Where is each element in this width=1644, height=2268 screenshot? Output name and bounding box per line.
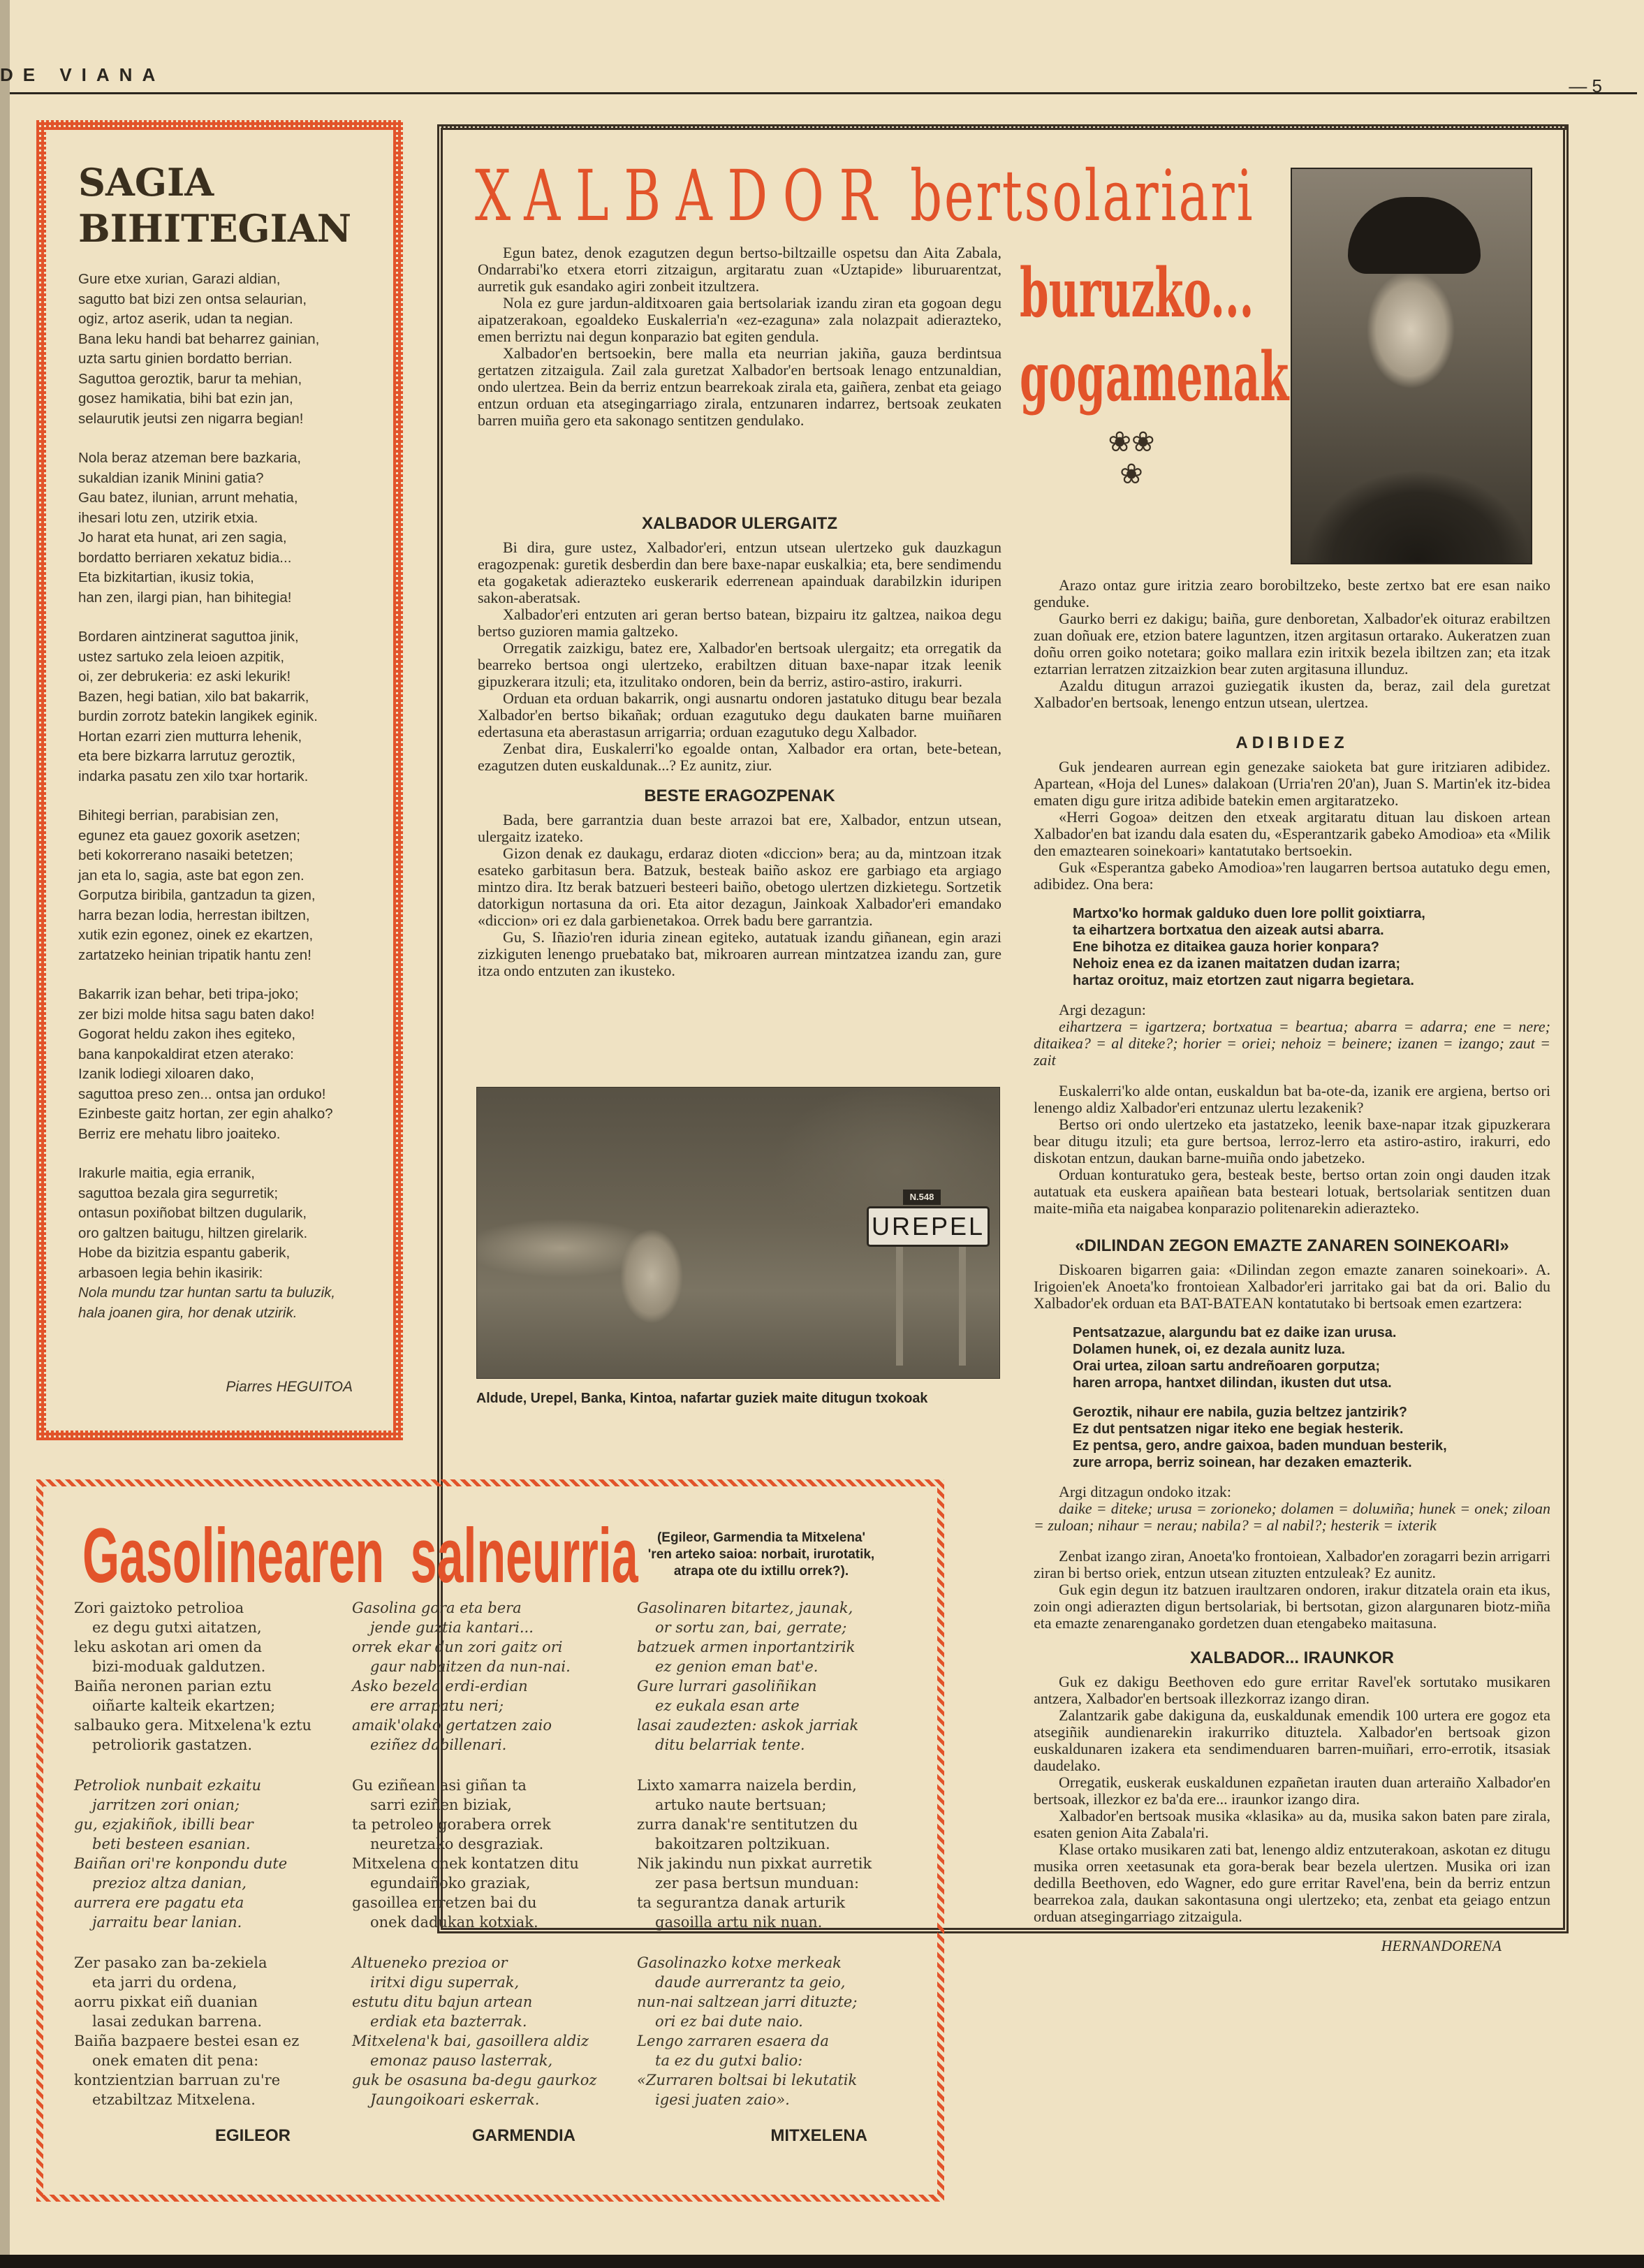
verse-line: bizi-moduak galdutzen. — [74, 1657, 339, 1676]
gasolina-column-egileor: Zori gaiztoko petrolioaez degu gutxi ait… — [74, 1598, 339, 2146]
gloss: eihartzera = igartzera; bortxatua = bear… — [1034, 1018, 1550, 1069]
poem-author: EGILEOR — [74, 2126, 339, 2146]
paragraph: Guk ez dakigu Beethoven edo gure erritar… — [1034, 1674, 1550, 1707]
verse-line: kontzientzian barruan zu're — [74, 2070, 339, 2090]
verse-line: aurrera ere pagatu eta — [74, 1893, 339, 1912]
verse-line: Nik jakindu nun pixkat aurretik — [637, 1854, 916, 1873]
header-rule — [10, 92, 1637, 94]
paragraph: Azaldu ditugun arrazoi guziegatik ikuste… — [1034, 678, 1550, 711]
verse-line: jarraitu bear lanian. — [74, 1912, 339, 1932]
stanza: Gu eziñean asi giñan tasarri eziñen bizi… — [352, 1776, 624, 1932]
section-heading: ADIBIDEZ — [1034, 735, 1550, 752]
paragraph: Diskoaren bigarren gaia: «Dilindan zegon… — [1034, 1261, 1550, 1312]
paragraph: Gaurko berri ez dakigu; baiña, gure denb… — [1034, 610, 1550, 678]
gloss-intro: Argi ditzagun ondoko itzak: — [1034, 1484, 1550, 1500]
paragraph: Guk jendearen aurrean egin genezake saio… — [1034, 759, 1550, 809]
paragraph: Orduan konturatuko gera, besteak beste, … — [1034, 1166, 1550, 1217]
verse-line: Gu eziñean asi giñan ta — [352, 1776, 624, 1795]
verse-line: lasai zedukan barrena. — [74, 2012, 339, 2031]
sagia-title-line1: SAGIA — [78, 159, 351, 205]
verse-line: Altueneko prezioa or — [352, 1953, 624, 1973]
verse-line: iritxi digu superrak, — [352, 1973, 624, 1992]
verse-line: gasoillea erretzen bai du — [352, 1893, 624, 1912]
gasolina-note: (Egileor, Garmendia ta Mitxelena' 'ren a… — [622, 1530, 901, 1580]
verse-line: Gasolinazko kotxe merkeak — [637, 1953, 916, 1973]
sign-post — [896, 1247, 903, 1366]
quoted-verse: Geroztik, nihaur ere nabila, guzia beltz… — [1073, 1404, 1550, 1471]
verse-line: Zer pasako zan ba-zekiela — [74, 1953, 339, 1973]
verse-line: Lixto xamarra naizela berdin, — [637, 1776, 916, 1795]
verse-line: oiñarte kalteik ekartzen; — [74, 1696, 339, 1715]
verse-line: petroliorik gastatzen. — [74, 1735, 339, 1755]
subheadline-line1: buruzko... — [1020, 251, 1289, 335]
headline-caps: XALBADOR — [475, 155, 892, 237]
sagia-poem-box: SAGIA BIHITEGIAN Gure etxe xurian, Garaz… — [36, 120, 403, 1440]
verse-line: ta ez du gutxi balio: — [637, 2051, 916, 2070]
paragraph: Nola ez gure jardun-alditxoaren gaia ber… — [478, 295, 1001, 345]
verse-line: gu, ezjakiñok, ibilli bear — [74, 1815, 339, 1834]
paragraph: Bada, bere garrantzia duan beste arrazoi… — [478, 812, 1001, 845]
verse-line: gaur nabaitzen da nun-nai. — [352, 1657, 624, 1676]
paragraph: Orduan eta orduan bakarrik, ongi ausnart… — [478, 690, 1001, 740]
stanza: Gure etxe xurian, Garazi aldian, sagutto… — [78, 270, 386, 429]
verse-line: estutu ditu bajun artean — [352, 1992, 624, 2012]
verse-line: ori ez bai dute naio. — [637, 2012, 916, 2031]
paragraph: Zenbat izango ziran, Anoeta'ko frontoiea… — [1034, 1548, 1550, 1581]
flower-ornament-icon: ❀❀ ❀ — [1100, 426, 1163, 490]
verse-line: lasai zaudezten: askok jarriak — [637, 1715, 916, 1735]
headline-rest: bertsolariari — [910, 155, 1255, 237]
stanza: Nola beraz atzeman bere bazkaria, sukald… — [78, 448, 386, 608]
verse-line: egundaiñoko graziak, — [352, 1873, 624, 1893]
paragraph: Klase ortako musikaren zati bat, lenengo… — [1034, 1841, 1550, 1925]
photo-caption: Aldude, Urepel, Banka, Kintoa, nafartar … — [476, 1390, 979, 1407]
verse-line: ez genion eman bat'e. — [637, 1657, 916, 1676]
verse-line: Gure lurrari gasoliñikan — [637, 1676, 916, 1696]
paragraph: Xalbador'en bertsoekin, bere malla eta n… — [478, 345, 1001, 429]
verse-line: Baiña bazpaere bestei esan ez — [74, 2031, 339, 2051]
stanza: Petroliok nunbait ezkaitujarritzen zori … — [74, 1776, 339, 1932]
stanza: Zori gaiztoko petrolioaez degu gutxi ait… — [74, 1598, 339, 1755]
stanza: Gasolinazko kotxe merkeakdaude aurrerant… — [637, 1953, 916, 2109]
paragraph: Xalbador'en bertsoak musika «klasika» au… — [1034, 1808, 1550, 1841]
poem-author: GARMENDIA — [352, 2126, 624, 2146]
sagia-author: Piarres HEGUITOA — [226, 1379, 353, 1396]
verse-line: eziñez dabillenari. — [352, 1735, 624, 1755]
stanza-closing: Nola mundu tzar huntan sartu ta buluzik,… — [78, 1283, 386, 1323]
running-head: DE VIANA — [0, 64, 165, 86]
paragraph: Guk egin degun itz batzuen iraultzaren o… — [1034, 1581, 1550, 1632]
verse-line: ditu belarriak tente. — [637, 1735, 916, 1755]
paragraph: Arazo ontaz gure iritzia zearo borobiltz… — [1034, 577, 1550, 610]
paragraph: Bertso ori ondo ulertzeko eta jastatzeko… — [1034, 1116, 1550, 1166]
gasolina-column-garmendia: Gasolina gora eta berajende guztia kanta… — [352, 1598, 624, 2146]
gloss-intro: Argi dezagun: — [1034, 1002, 1550, 1018]
verse-line: zer pasa bertsun munduan: — [637, 1873, 916, 1893]
verse-line: emonaz pauso lasterrak, — [352, 2051, 624, 2070]
verse-line: onek ematen dit pena: — [74, 2051, 339, 2070]
verse-line: guk be osasuna ba-degu gaurkoz — [352, 2070, 624, 2090]
verse-line: Petroliok nunbait ezkaitu — [74, 1776, 339, 1795]
xalbador-headline: XALBADOR bertsolariari — [475, 158, 1255, 235]
stanza: Irakurle maitia, egia erranik, saguttoa … — [78, 1164, 386, 1283]
poem-author: MITXELENA — [637, 2126, 916, 2146]
verse-line: neuretzako desgraziak. — [352, 1834, 624, 1854]
section-heading: «DILINDAN ZEGON EMAZTE ZANAREN SOINEKOAR… — [1034, 1238, 1550, 1254]
verse-line: or sortu zan, bai, gerrate; — [637, 1618, 916, 1637]
verse-line: aorru pixkat eiñ duanian — [74, 1992, 339, 2012]
verse-line: Baiña neronen parian eztu — [74, 1676, 339, 1696]
verse-line: nun-nai saltzean jarri dituzte; — [637, 1992, 916, 2012]
verse-line: bakoitzaren poltzikuan. — [637, 1834, 916, 1854]
verse-line: igesi juaten zaio». — [637, 2090, 916, 2109]
article-intro: Egun batez, denok ezagutzen degun bertso… — [478, 244, 1001, 429]
verse-line: Zori gaiztoko petrolioa — [74, 1598, 339, 1618]
verse-line: salbauko gera. Mitxelena'k eztu — [74, 1715, 339, 1735]
stanza: Bordaren aintzinerat saguttoa jinik, ust… — [78, 627, 386, 787]
quoted-verse: Pentsatzazue, alargundu bat ez daike iza… — [1073, 1324, 1550, 1391]
verse-line: ta segurantza danak arturik — [637, 1893, 916, 1912]
verse-line: leku askotan ari omen da — [74, 1637, 339, 1657]
paragraph: Orregatik, euskerak euskaldunen ezpañeta… — [1034, 1774, 1550, 1808]
verse-line: jende guztia kantari... — [352, 1618, 624, 1637]
verse-line: ta petroleo gorabera orrek — [352, 1815, 624, 1834]
gasolina-column-mitxelena: Gasolinaren bitartez, jaunak,or sortu za… — [637, 1598, 916, 2146]
verse-line: zurra danak're sentitutzen du — [637, 1815, 916, 1834]
paragraph: Zalantzarik gabe dakiguna da, euskalduna… — [1034, 1707, 1550, 1774]
quoted-verse: Martxo'ko hormak galduko duen lore polli… — [1073, 905, 1550, 989]
sagia-title-line2: BIHITEGIAN — [78, 205, 351, 251]
town-sign: UREPEL — [867, 1206, 990, 1247]
verse-line: Asko bezela erdi-erdian — [352, 1676, 624, 1696]
sagia-poem-body: Gure etxe xurian, Garazi aldian, sagutto… — [78, 270, 386, 1342]
verse-line: erdiak eta bazterrak. — [352, 2012, 624, 2031]
verse-line: gasoilla artu nik nuan. — [637, 1912, 916, 1932]
stanza: Lixto xamarra naizela berdin,artuko naut… — [637, 1776, 916, 1932]
verse-line: Mitxelena onek kontatzen ditu — [352, 1854, 624, 1873]
verse-line: daude aurrerantz ta geio, — [637, 1973, 916, 1992]
verse-line: Mitxelena'k bai, gasoillera aldiz — [352, 2031, 624, 2051]
paragraph: Xalbador'eri entzuten ari geran bertso b… — [478, 606, 1001, 640]
road-number-tag: N.548 — [903, 1190, 941, 1205]
xalbador-portrait-photo — [1291, 168, 1532, 564]
sagia-title: SAGIA BIHITEGIAN — [78, 159, 351, 251]
stanza: Bihitegi berrian, parabisian zen, egunez… — [78, 806, 386, 965]
verse-line: batzuek armen inportantzirik — [637, 1637, 916, 1657]
paragraph: Gizon denak ez daukagu, erdaraz dioten «… — [478, 845, 1001, 929]
scan-bottom-edge — [0, 2255, 1644, 2268]
section-heading: BESTE ERAGOZPENAK — [478, 788, 1001, 805]
subheadline-line2: gogamenak — [1020, 335, 1289, 419]
verse-line: Gasolina gora eta bera — [352, 1598, 624, 1618]
verse-line: ez degu gutxi aitatzen, — [74, 1618, 339, 1637]
verse-line: Lengo zarraren esaera da — [637, 2031, 916, 2051]
article-column-right: Arazo ontaz gure iritzia zearo borobiltz… — [1034, 577, 1550, 1954]
sign-post — [959, 1247, 966, 1366]
paragraph: Bi dira, gure ustez, Xalbador'eri, entzu… — [478, 539, 1001, 606]
article-author: HERNANDORENA — [1034, 1938, 1550, 1954]
verse-line: etzabiltzaz Mitxelena. — [74, 2090, 339, 2109]
verse-line: Gasolinaren bitartez, jaunak, — [637, 1598, 916, 1618]
portrait-figure — [1348, 197, 1481, 274]
verse-line: «Zurraren boltsai bi lekutatik — [637, 2070, 916, 2090]
section-heading: XALBADOR ULERGAITZ — [478, 515, 1001, 532]
stanza: Zer pasako zan ba-zekielaeta jarri du or… — [74, 1953, 339, 2109]
section-heading: XALBADOR... IRAUNKOR — [1034, 1650, 1550, 1667]
paragraph: Zenbat dira, Euskalerri'ko egoalde ontan… — [478, 740, 1001, 774]
gloss: daike = diteke; urusa = zorioneko; dolam… — [1034, 1500, 1550, 1534]
verse-line: beti besteen esanian. — [74, 1834, 339, 1854]
verse-line: eta jarri du ordena, — [74, 1973, 339, 1992]
paragraph: Egun batez, denok ezagutzen degun bertso… — [478, 244, 1001, 295]
stanza: Altueneko prezioa oriritxi digu superrak… — [352, 1953, 624, 2109]
paragraph: Euskalerri'ko alde ontan, euskaldun bat … — [1034, 1083, 1550, 1116]
paragraph: Guk «Esperantza gabeko Amodioa»'ren laug… — [1034, 859, 1550, 893]
gasolina-headline: Gasolinearen salneurria — [82, 1514, 638, 1598]
verse-line: amaik'olako gertatzen zaio — [352, 1715, 624, 1735]
article-column-left: XALBADOR ULERGAITZ Bi dira, gure ustez, … — [478, 502, 1001, 979]
verse-line: ez eukala esan arte — [637, 1696, 916, 1715]
stanza: Bakarrik izan behar, beti tripa-joko; ze… — [78, 985, 386, 1144]
paragraph: Gu, S. Iñazio'ren iduria zinean egiteko,… — [478, 929, 1001, 979]
verse-line: Jaungoikoari eskerrak. — [352, 2090, 624, 2109]
page-spine-edge — [0, 0, 10, 2268]
paragraph: Orregatik zaizkigu, batez ere, Xalbador'… — [478, 640, 1001, 690]
verse-line: sarri eziñen biziak, — [352, 1795, 624, 1815]
stanza: Gasolinaren bitartez, jaunak,or sortu za… — [637, 1598, 916, 1755]
verse-line: prezioz altza danian, — [74, 1873, 339, 1893]
xalbador-subheadline: buruzko... gogamenak — [1020, 251, 1289, 419]
urepel-photo: N.548 UREPEL — [476, 1087, 1000, 1379]
paragraph: «Herri Gogoa» deitzen den etxeak argitar… — [1034, 809, 1550, 859]
verse-line: ere arrapatu neri; — [352, 1696, 624, 1715]
verse-line: orrek ekar dun zori gaitz ori — [352, 1637, 624, 1657]
stanza: Gasolina gora eta berajende guztia kanta… — [352, 1598, 624, 1755]
verse-line: onek dadukan kotxiak. — [352, 1912, 624, 1932]
verse-line: jarritzen zori onian; — [74, 1795, 339, 1815]
verse-line: Baiñan ori're konpondu dute — [74, 1854, 339, 1873]
verse-line: artuko naute bertsuan; — [637, 1795, 916, 1815]
